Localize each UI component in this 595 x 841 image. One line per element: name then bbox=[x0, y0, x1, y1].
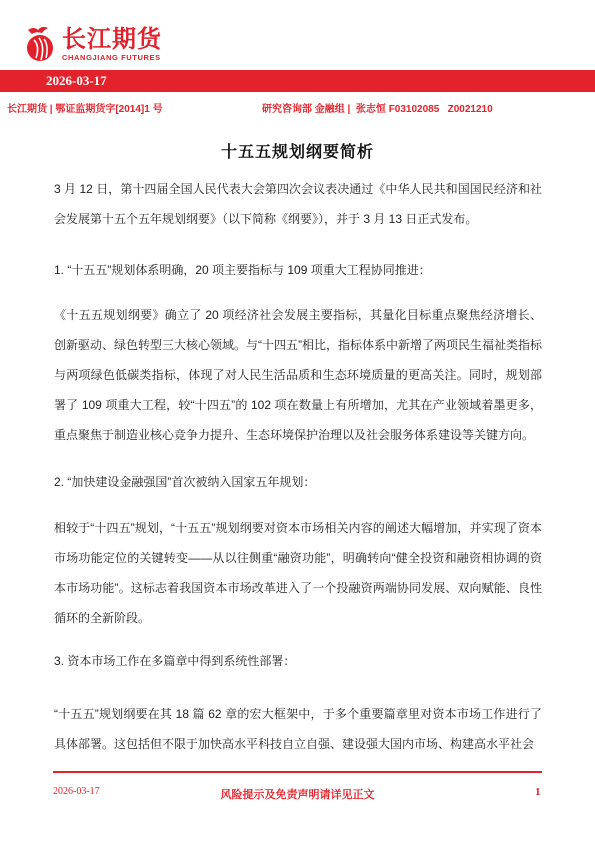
report-date: 2026-03-17 bbox=[46, 73, 107, 89]
intro-paragraph: 3 月 12 日，第十四届全国人民代表大会第四次会议表决通过《中华人民共和国国民… bbox=[54, 174, 542, 234]
footer-disclaimer: 风险提示及免责声明请详见正文 bbox=[0, 786, 595, 802]
section-heading-1: 1. “十五五”规划体系明确，20 项主要指标与 109 项重大工程协同推进： bbox=[54, 255, 542, 285]
company-logo: 长江期货 CHANGJIANG FUTURES bbox=[22, 22, 172, 64]
company-license-info: 长江期货 | 鄂证监期货字[2014]1 号 bbox=[7, 100, 163, 115]
section-body-3: “十五五”规划纲要在其 18 篇 62 章的宏大框架中，于多个重要篇章里对资本市… bbox=[54, 699, 542, 759]
logo-text-en: CHANGJIANG FUTURES bbox=[62, 53, 161, 62]
header-red-bar: 2026-03-17 bbox=[0, 70, 595, 92]
footer-divider bbox=[53, 771, 542, 773]
section-heading-3: 3. 资本市场工作在多篇章中得到系统性部署： bbox=[54, 646, 542, 676]
logo-emblem-icon bbox=[24, 24, 56, 62]
logo-text-cn: 长江期货 bbox=[62, 26, 162, 52]
analyst-info: 研究咨询部 金融组 | 张志恒 F03102085 Z0021210 bbox=[262, 100, 493, 115]
section-heading-2: 2. “加快建设金融强国”首次被纳入国家五年规划： bbox=[54, 467, 542, 497]
document-title: 十五五规划纲要简析 bbox=[0, 139, 595, 162]
page-number: 1 bbox=[535, 786, 541, 798]
section-body-2: 相较于“十四五”规划，“十五五”规划纲要对资本市场相关内容的阐述大幅增加，并实现… bbox=[54, 513, 542, 633]
section-body-1: 《十五五规划纲要》确立了 20 项经济社会发展主要指标，其量化目标重点聚焦经济增… bbox=[54, 300, 542, 450]
